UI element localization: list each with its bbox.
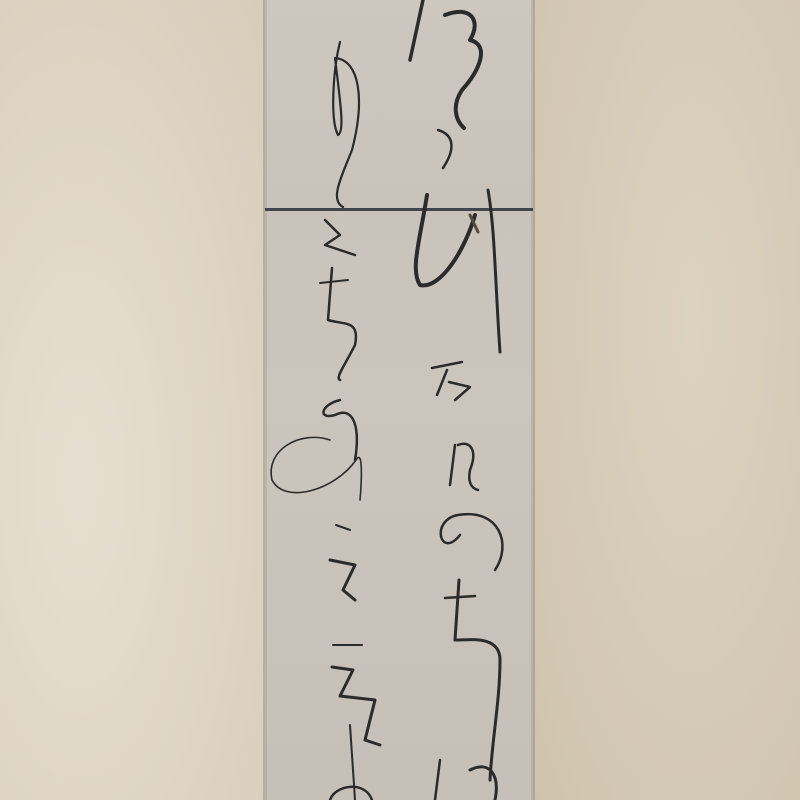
- calligraphy-ink-strokes: [0, 0, 800, 800]
